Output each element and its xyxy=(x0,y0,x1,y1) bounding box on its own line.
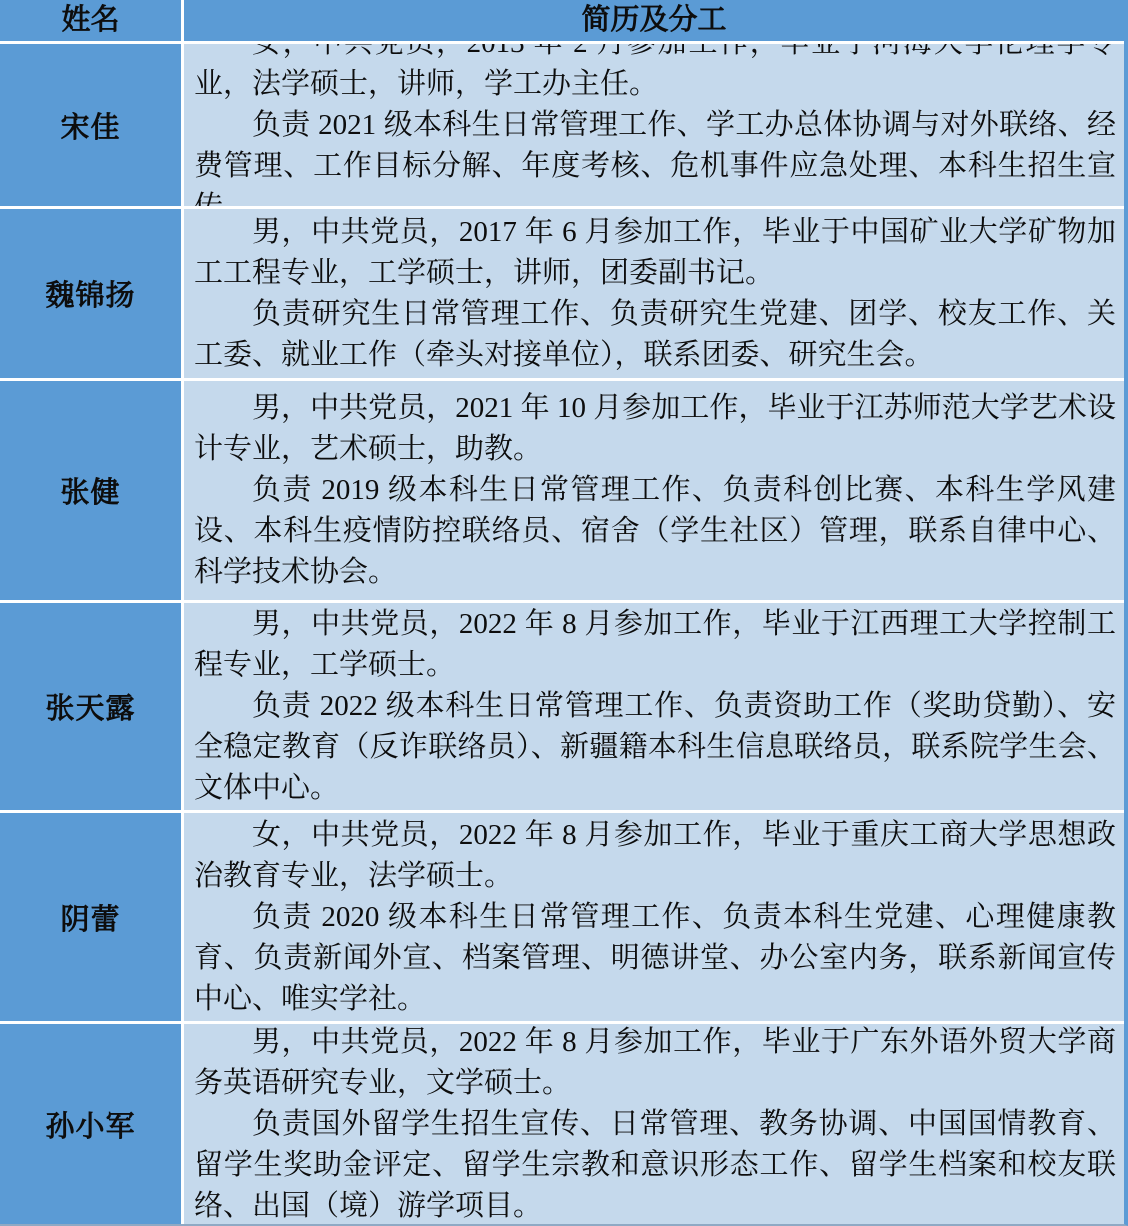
table-row-name: 孙小军 xyxy=(0,1024,181,1224)
table-row-bio: 女，中共党员，2022 年 8 月参加工作，毕业于重庆工商大学思想政治教育专业，… xyxy=(184,813,1124,1021)
staff-bio-paragraph: 女，中共党员，2022 年 8 月参加工作，毕业于重庆工商大学思想政治教育专业，… xyxy=(194,815,1116,897)
table-row-name: 阴蕾 xyxy=(0,813,181,1021)
header-cell-name: 姓名 xyxy=(0,0,181,41)
staff-duties-paragraph: 负责国外留学生招生宣传、日常管理、教务协调、中国国情教育、留学生奖助金评定、留学… xyxy=(194,1104,1116,1225)
staff-duties-paragraph: 负责 2022 级本科生日常管理工作、负责资助工作（奖助贷勤）、安全稳定教育（反… xyxy=(194,686,1116,809)
staff-duties-paragraph: 负责 2020 级本科生日常管理工作、负责本科生党建、心理健康教育、负责新闻外宣… xyxy=(194,897,1116,1020)
staff-name: 张天露 xyxy=(45,686,135,727)
header-name-label: 姓名 xyxy=(61,6,119,35)
staff-bio-paragraph: 女，中共党员，2013 年 2 月参加工作，毕业于河海大学伦理学专业，法学硕士，… xyxy=(194,44,1116,105)
staff-bio-paragraph: 男，中共党员，2022 年 8 月参加工作，毕业于江西理工大学控制工程专业，工学… xyxy=(194,604,1116,686)
table-row-bio: 女，中共党员，2013 年 2 月参加工作，毕业于河海大学伦理学专业，法学硕士，… xyxy=(184,44,1124,206)
staff-duties-paragraph: 负责研究生日常管理工作、负责研究生党建、团学、校友工作、关工委、就业工作（牵头对… xyxy=(194,294,1116,376)
table-row-name: 张健 xyxy=(0,381,181,600)
staff-roster-table: 姓名 简历及分工 宋佳 女，中共党员，2013 年 2 月参加工作，毕业于河海大… xyxy=(0,0,1128,1226)
staff-name: 张健 xyxy=(60,470,120,511)
staff-name: 阴蕾 xyxy=(60,897,120,938)
table-row-bio: 男，中共党员，2022 年 8 月参加工作，毕业于广东外语外贸大学商务英语研究专… xyxy=(184,1024,1124,1224)
header-bio-label: 简历及分工 xyxy=(581,6,726,35)
staff-name: 宋佳 xyxy=(60,105,120,146)
staff-bio-paragraph: 男，中共党员，2017 年 6 月参加工作，毕业于中国矿业大学矿物加工工程专业，… xyxy=(194,212,1116,294)
table-row-name: 宋佳 xyxy=(0,44,181,206)
header-cell-bio: 简历及分工 xyxy=(184,0,1124,41)
staff-duties-paragraph: 负责 2021 级本科生日常管理工作、学工办总体协调与对外联络、经费管理、工作目… xyxy=(194,105,1116,207)
staff-bio-paragraph: 男，中共党员，2022 年 8 月参加工作，毕业于广东外语外贸大学商务英语研究专… xyxy=(194,1024,1116,1104)
staff-name: 孙小军 xyxy=(45,1104,135,1145)
staff-bio-paragraph: 男，中共党员，2021 年 10 月参加工作，毕业于江苏师范大学艺术设计专业，艺… xyxy=(194,388,1116,470)
staff-name: 魏锦扬 xyxy=(45,273,135,314)
table-row-name: 魏锦扬 xyxy=(0,209,181,378)
table-row-bio: 男，中共党员，2022 年 8 月参加工作，毕业于江西理工大学控制工程专业，工学… xyxy=(184,603,1124,810)
table-row-bio: 男，中共党员，2017 年 6 月参加工作，毕业于中国矿业大学矿物加工工程专业，… xyxy=(184,209,1124,378)
staff-duties-paragraph: 负责 2019 级本科生日常管理工作、负责科创比赛、本科生学风建设、本科生疫情防… xyxy=(194,470,1116,593)
table-row-name: 张天露 xyxy=(0,603,181,810)
table-row-bio: 男，中共党员，2021 年 10 月参加工作，毕业于江苏师范大学艺术设计专业，艺… xyxy=(184,381,1124,600)
